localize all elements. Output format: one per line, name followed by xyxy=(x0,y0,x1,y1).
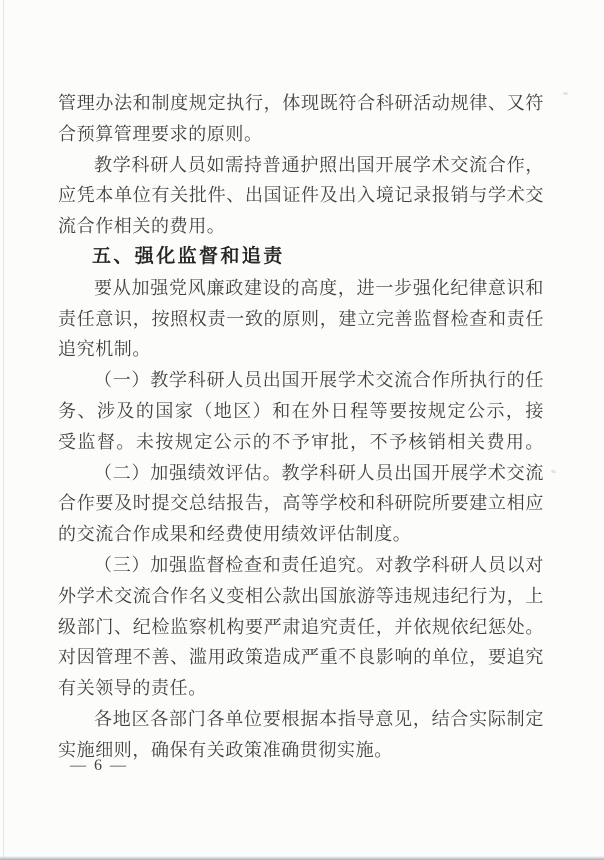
body-line: 流合作相关的费用。 xyxy=(58,211,544,242)
body-line: 务、涉及的国家（地区）和在外日程等要按规定公示，接 xyxy=(58,396,544,427)
body-line: 合预算管理要求的原则。 xyxy=(58,119,544,150)
body-line: （二）加强绩效评估。教学科研人员出国开展学术交流 xyxy=(58,458,544,489)
body-line: （一）教学科研人员出国开展学术交流合作所执行的任 xyxy=(58,365,544,396)
section-heading: 五、强化监督和追责 xyxy=(58,242,544,273)
body-line: （三）加强监督检查和责任追究。对教学科研人员以对 xyxy=(58,550,544,581)
body-line: 有关领导的责任。 xyxy=(58,673,544,704)
page-number: — 6 — xyxy=(70,756,128,776)
body-line: 责任意识，按照权责一致的原则，建立完善监督检查和责任 xyxy=(58,304,544,335)
document-body: 管理办法和制度规定执行，体现既符合科研活动规律、又符 合预算管理要求的原则。 教… xyxy=(58,88,544,766)
scanned-document-page: 管理办法和制度规定执行，体现既符合科研活动规律、又符 合预算管理要求的原则。 教… xyxy=(0,0,604,860)
body-line: 合作要及时提交总结报告，高等学校和科研院所要建立相应 xyxy=(58,488,544,519)
body-line: 要从加强党风廉政建设的高度，进一步强化纪律意识和 xyxy=(58,273,544,304)
body-line: 管理办法和制度规定执行，体现既符合科研活动规律、又符 xyxy=(58,88,544,119)
scan-noise-speck xyxy=(551,469,557,474)
scan-left-edge-artifact xyxy=(3,0,4,860)
body-line: 外学术交流合作名义变相公款出国旅游等违规违纪行为，上 xyxy=(58,581,544,612)
scan-noise-speck xyxy=(563,92,568,95)
scan-bottom-edge-artifact xyxy=(0,856,604,860)
body-line: 实施细则，确保有关政策准确贯彻实施。 xyxy=(58,735,544,766)
body-line: 对因管理不善、滥用政策造成严重不良影响的单位，要追究 xyxy=(58,642,544,673)
body-line: 教学科研人员如需持普通护照出国开展学术交流合作， xyxy=(58,150,544,181)
body-line: 受监督。未按规定公示的不予审批，不予核销相关费用。 xyxy=(58,427,544,458)
body-line: 各地区各部门各单位要根据本指导意见，结合实际制定 xyxy=(58,704,544,735)
body-line: 应凭本单位有关批件、出国证件及出入境记录报销与学术交 xyxy=(58,180,544,211)
body-line: 的交流合作成果和经费使用绩效评估制度。 xyxy=(58,519,544,550)
body-line: 追究机制。 xyxy=(58,334,544,365)
body-line: 级部门、纪检监察机构要严肃追究责任，并依规依纪惩处。 xyxy=(58,612,544,643)
